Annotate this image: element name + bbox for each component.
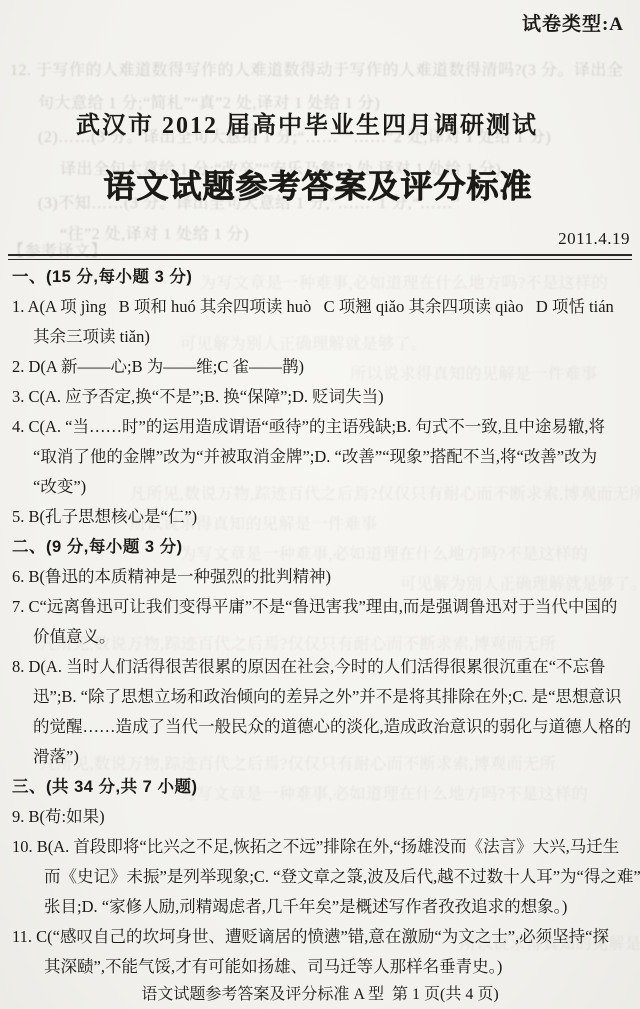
answer-line-10c: 张目;D. “家修人励,刓精竭虑者,几千年矣”是概述写作者孜孜追求的想象。) <box>0 892 640 922</box>
page-footer: 语文试题参考答案及评分标准 A 型 第 1 页(共 4 页) <box>0 982 640 1008</box>
answer-line-9: 9. B(苟:如果) <box>0 802 640 832</box>
answer-line-6: 6. B(鲁迅的本质精神是一种强烈的批判精神) <box>0 562 640 592</box>
answer-line-7b: 价值意义。 <box>0 622 640 652</box>
answer-line-4: 4. C(A. “当……时”的运用造成谓语“亟待”的主语残缺;B. 句式不一致,… <box>0 412 640 442</box>
answer-line-8c: 的觉醒……造成了当代一般民众的道德心的淡化,造成政治意识的弱化与道德人格的 <box>0 712 640 742</box>
answer-key-title: 语文试题参考答案及评分标准 <box>0 161 636 207</box>
answer-line-4c: “改变”) <box>0 472 640 502</box>
answer-line-1: 1. A(A 项 jìng B 项和 huó 其余四项读 huò C 项翘 qi… <box>0 292 640 322</box>
double-rule-divider <box>8 254 632 260</box>
answer-line-2: 2. D(A 新——心;B 为——维;C 雀——鹊) <box>0 352 640 382</box>
scanned-exam-answer-page: { "page": { "paper_type_label": "试卷类型:A"… <box>0 0 640 1009</box>
answer-line-3: 3. C(A. 应予否定,换“不是”;B. 换“保障”;D. 贬词失当) <box>0 382 640 412</box>
section-header-1: 一、(15 分,每小题 3 分) <box>0 262 640 292</box>
paper-type-label: 试卷类型:A <box>522 9 624 36</box>
bleed-line: 12. 于写作的人难道数得写作的人难道数得动于写作的人难道数得清吗?(3 分。译… <box>10 57 623 80</box>
answer-line-5: 5. B(孔子思想核心是“仁”) <box>0 502 640 532</box>
answer-line-1b: 其余三项读 tiǎn) <box>0 322 640 352</box>
exam-title: 武汉市 2012 届高中毕业生四月调研测试 <box>0 105 614 140</box>
answer-body: 一、(15 分,每小题 3 分) 1. A(A 项 jìng B 项和 huó … <box>0 262 640 982</box>
answer-line-8d: 滑落”) <box>0 742 640 772</box>
answer-line-4b: “取消了他的金牌”改为“并被取消金牌”;D. “改善”“现象”搭配不当,将“改善… <box>0 442 640 472</box>
answer-line-7: 7. C“远离鲁迅可让我们变得平庸”不是“鲁迅害我”理由,而是强调鲁迅对于当代中… <box>0 592 640 622</box>
section-header-2: 二、(9 分,每小题 3 分) <box>0 532 640 562</box>
answer-line-10: 10. B(A. 首段即将“比兴之不足,恢拓之不远”排除在外,“扬雄没而《法言》… <box>0 832 640 862</box>
answer-line-8b: 迅”;B. “除了思想立场和政治倾向的差异之外”并不是将其排除在外;C. 是“思… <box>0 682 640 712</box>
date-label: 2011.4.19 <box>558 229 630 249</box>
answer-line-11: 11. C(“感叹自己的坎坷身世、遭贬谪居的愤懑”错,意在激励“为文之士”,必须… <box>0 922 640 952</box>
answer-line-8: 8. D(A. 当时人们活得很苦很累的原因在社会,今时的人们活得很累很沉重在“不… <box>0 652 640 682</box>
answer-line-10b: 而《史记》未振”是列举现象;C. “登文章之箓,波及后代,越不过数十人耳”为“得… <box>0 862 640 892</box>
answer-line-11b: 其深赜”,不能气馁,才有可能如扬雄、司马迁等人那样名垂青史。) <box>0 952 640 982</box>
section-header-3: 三、(共 34 分,共 7 小题) <box>0 772 640 802</box>
